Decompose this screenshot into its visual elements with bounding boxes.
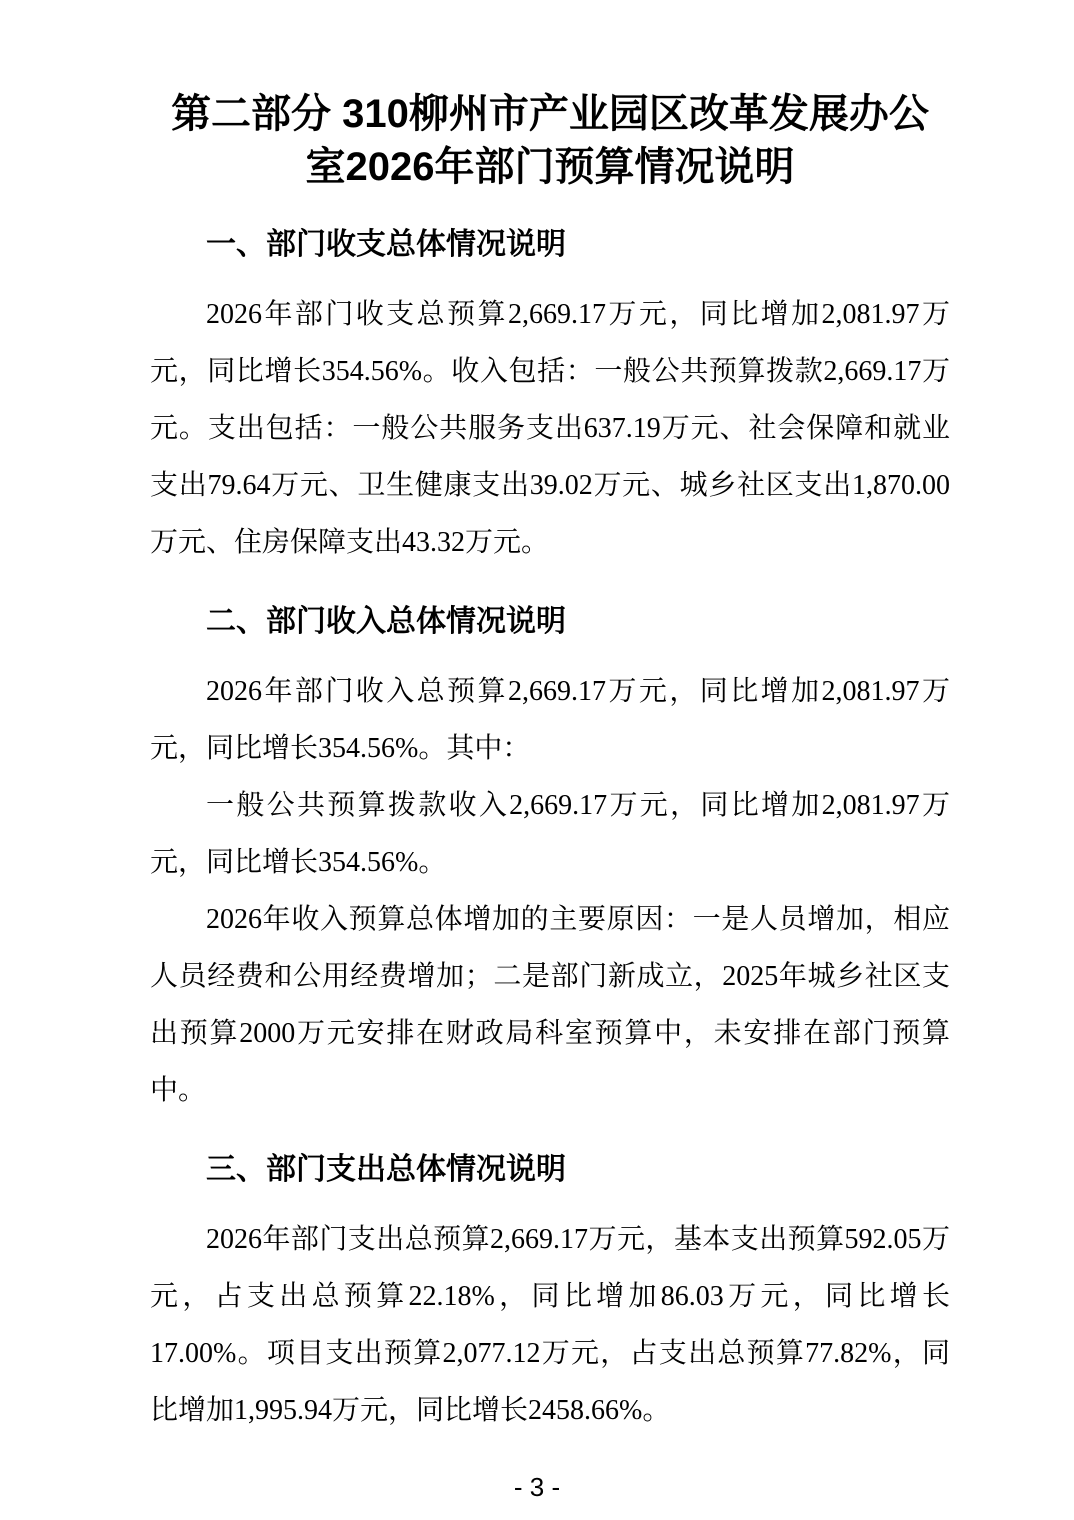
section-heading-2: 二、部门收入总体情况说明 (150, 593, 950, 651)
section-heading-1: 一、部门收支总体情况说明 (150, 216, 950, 274)
section-overall-revenue-expenditure: 一、部门收支总体情况说明 2026年部门收支总预算2,669.17万元，同比增加… (150, 216, 950, 571)
section-heading-3: 三、部门支出总体情况说明 (150, 1141, 950, 1199)
document-content: 第二部分 310柳州市产业园区改革发展办公 室2026年部门预算情况说明 一、部… (150, 0, 950, 1439)
page-title: 第二部分 310柳州市产业园区改革发展办公 室2026年部门预算情况说明 (150, 0, 950, 194)
section-expenditure: 三、部门支出总体情况说明 2026年部门支出总预算2,669.17万元，基本支出… (150, 1141, 950, 1439)
paragraph: 2026年部门收入总预算2,669.17万元，同比增加2,081.97万元，同比… (150, 663, 950, 777)
section-revenue: 二、部门收入总体情况说明 2026年部门收入总预算2,669.17万元，同比增加… (150, 593, 950, 1119)
page-title-line-2: 室2026年部门预算情况说明 (150, 141, 950, 194)
paragraph: 2026年部门收支总预算2,669.17万元，同比增加2,081.97万元，同比… (150, 286, 950, 571)
paragraph: 2026年收入预算总体增加的主要原因：一是人员增加，相应人员经费和公用经费增加；… (150, 891, 950, 1119)
paragraph: 2026年部门支出总预算2,669.17万元，基本支出预算592.05万元，占支… (150, 1211, 950, 1439)
page-number: - 3 - (0, 1472, 1074, 1502)
page-title-line-1: 第二部分 310柳州市产业园区改革发展办公 (150, 88, 950, 141)
paragraph: 一般公共预算拨款收入2,669.17万元，同比增加2,081.97万元，同比增长… (150, 777, 950, 891)
document-page: 第二部分 310柳州市产业园区改革发展办公 室2026年部门预算情况说明 一、部… (0, 0, 1074, 1520)
